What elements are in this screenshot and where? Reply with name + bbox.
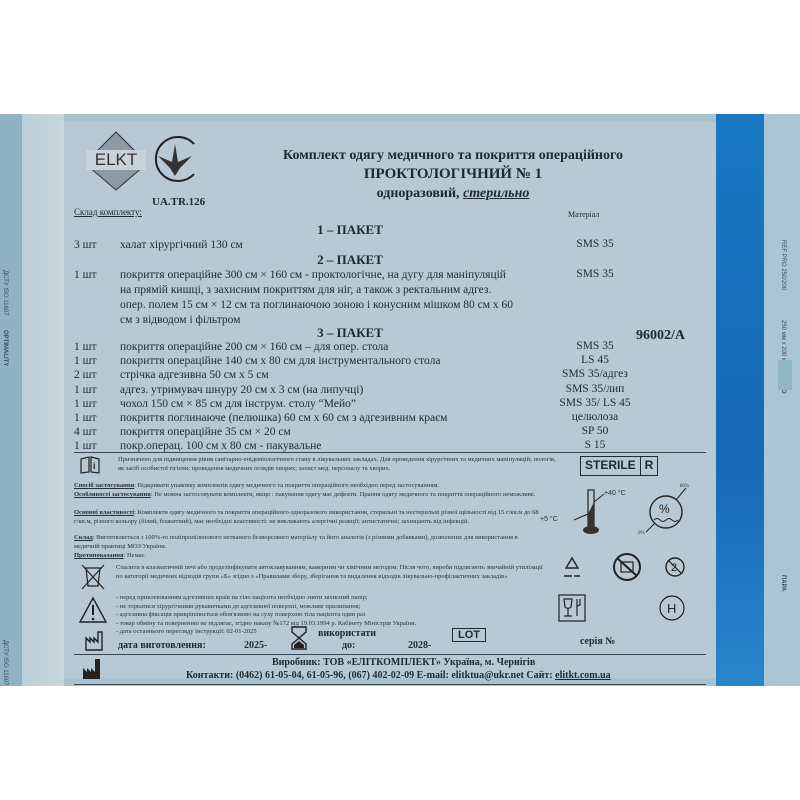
pouch-seal-right — [764, 114, 800, 686]
list-item: 1 штчохол 150 см × 85 см для інструм. ст… — [74, 397, 356, 412]
pouch-steam-text: ПАРА — [780, 575, 786, 591]
pouch-brand-text: OPTIMALITY — [2, 330, 8, 366]
do-not-reuse-icon: 2 — [664, 556, 686, 578]
package-3-header: 3 – ПАКЕТ — [250, 325, 450, 341]
item-material: S 15 — [540, 439, 650, 451]
list-item: 1 штадгез. утримувач шнуру 20 см х 3 см … — [74, 383, 363, 398]
temp-min: +5 °C — [540, 516, 558, 525]
item-text-continued: см з відводом і фільтром — [120, 313, 240, 328]
item-material: SMS 35 — [540, 268, 650, 280]
sterile-method: R — [640, 457, 658, 475]
item-material: SMS 35 — [540, 238, 650, 250]
svg-text:H: H — [667, 601, 676, 616]
warning-item: - перед приклеюванням адгезивних країв н… — [116, 594, 536, 603]
humidity-max: 80% — [680, 483, 689, 492]
item-material: целюлоза — [540, 411, 650, 423]
sterile-text: STERILE — [581, 457, 640, 475]
features-text: Особливості застосування: Не можна засто… — [74, 491, 554, 500]
list-item: 3 штхалат хірургічний 130 см — [74, 238, 243, 253]
pouch-size-text: 250 мм х 200 м — [780, 320, 786, 362]
product-sterility: одноразовий, стерильно — [228, 186, 678, 202]
divider — [74, 452, 706, 453]
contraindications-text: Протипоказання: Немає. — [74, 552, 544, 561]
list-item: 1 штпокриття операційне 200 см × 160 см … — [74, 340, 388, 355]
pouch-indicator-patch — [778, 360, 792, 390]
purpose-text: Призначено для підвищення рівня санітарн… — [118, 456, 558, 473]
pouch-std-text: ДСТУ ISO 11607 — [2, 270, 8, 316]
pouch-seal-left — [0, 114, 22, 686]
hourglass-use-by-icon — [290, 626, 308, 650]
list-item: 2 штстрічка адгезивна 50 см х 5 см — [74, 368, 269, 383]
package-1-header: 1 – ПАКЕТ — [250, 222, 450, 238]
divider — [74, 684, 706, 685]
disposal-text: Спалити в клазматичній печі або продезін… — [116, 564, 546, 581]
item-text-continued: на прямій кишці, з захисним покриттям дл… — [120, 283, 491, 298]
product-title: Комплект одягу медичного та покриття опе… — [228, 148, 678, 164]
use-by-value: 2028- — [408, 640, 431, 651]
list-item: 1 штпокриття операційне 140 см х 80 см д… — [74, 354, 440, 369]
warning-triangle-icon — [78, 596, 108, 624]
recycling-icon — [560, 556, 584, 578]
product-subtitle: ПРОКТОЛОГІЧНИЙ № 1 — [228, 166, 678, 183]
list-item: 4 штпокриття операційне 35 см × 20 см — [74, 425, 291, 440]
warning-item: - товар обміну та поверненню не підлягає… — [116, 620, 536, 629]
item-material: SMS 35/ LS 45 — [540, 397, 650, 409]
lot-box: LOT — [452, 628, 486, 642]
pouch-film-left — [22, 114, 64, 686]
item-text-continued: опер. полем 15 см × 12 см та поглинаючою… — [120, 298, 513, 313]
manufacture-date-icon — [84, 630, 104, 652]
keep-dry-symbol-icon: H — [658, 594, 686, 622]
pouch-ref-text: REF PRO 250/200 — [780, 240, 786, 290]
pouch-blue-wrap — [716, 114, 764, 686]
website-link[interactable]: elitkt.com.ua — [555, 670, 611, 681]
temp-max: +40 °C — [604, 490, 626, 499]
usage-text: Спосіб застосування: Відкривати упаковку… — [74, 482, 554, 491]
sterile-emphasis: стерильно — [463, 186, 529, 201]
use-by-label-2: до: — [342, 640, 355, 651]
composition-header: Склад комплекту: — [74, 207, 142, 217]
item-material: SMS 35/лип — [540, 383, 650, 395]
svg-text:i: i — [93, 461, 96, 471]
elkt-logo-text: ELKT — [86, 150, 146, 170]
item-material: LS 45 — [540, 354, 650, 366]
instructions-info-icon: i — [80, 456, 100, 474]
manufacture-date-label: дата виготовлення: — [118, 640, 206, 651]
composition-text: Склад: Виготовляється з 100%-го поліпроп… — [74, 534, 544, 551]
manufacture-date-value: 2025- — [244, 640, 267, 651]
divider — [74, 654, 706, 655]
series-label: серія № — [580, 636, 615, 647]
item-material: SMS 35 — [540, 340, 650, 352]
item-material: SP 50 — [540, 425, 650, 437]
sterile-badge: STERILE R — [580, 456, 658, 476]
crossed-bin-disposal-icon — [80, 562, 106, 590]
list-item: 1 штпокриття поглинаюче (пелюшка) 60 см … — [74, 411, 447, 426]
do-not-use-if-damaged-icon — [612, 552, 642, 582]
package-2-header: 2 – ПАКЕТ — [250, 252, 450, 268]
manufacturer-line: Виробник: ТОВ «ЕЛІТКОМПЛЕКТ» Україна, м.… — [272, 657, 535, 668]
certification-code: UA.TR.126 — [152, 196, 205, 208]
manufacturer-icon — [82, 658, 104, 680]
svg-text:%: % — [659, 502, 670, 516]
food-contact-icon — [558, 594, 586, 622]
use-by-label: використати — [318, 628, 376, 639]
humidity-min: 0% — [638, 530, 645, 539]
material-header: Матеріал — [568, 210, 599, 219]
pouch-std-text-2: ДСТУ ISO 11607 — [2, 640, 8, 686]
list-item: 1 штпокриття операційне 300 см × 160 см … — [74, 268, 506, 283]
properties-text: Основні властивості: Комплекти одягу мед… — [74, 509, 544, 526]
item-material: SMS 35/адгез — [540, 368, 650, 380]
ua-conformity-mark-icon — [148, 132, 202, 186]
warning-item: - не торкатися хірургічними рукавичками … — [116, 603, 536, 612]
warning-item: - адгезивна фіксація прикріплюється обов… — [116, 611, 536, 620]
manufacturer-contacts: Контакти: (0462) 61-05-04, 61-05-96, (06… — [186, 670, 611, 681]
